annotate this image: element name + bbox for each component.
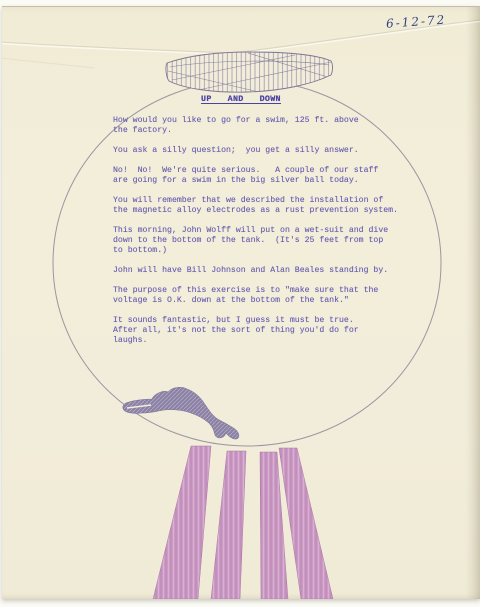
paragraph-7: The purpose of this exercise is to "make… — [113, 286, 423, 306]
document-page: 6-12-72 UP AND DOWN How would you like t… — [2, 6, 480, 599]
paragraph-3: No! No! We're quite serious. A couple of… — [113, 166, 423, 186]
tower-leg — [211, 451, 246, 599]
paragraph-1: How would you like to go for a swim, 125… — [113, 116, 423, 136]
paragraph-2: You ask a silly question; you get a sill… — [113, 146, 423, 156]
paragraph-8: It sounds fantastic, but I guess it must… — [113, 316, 423, 346]
tower-legs — [153, 446, 333, 599]
paragraph-4: You will remember that we described the … — [113, 196, 423, 216]
memo-body: How would you like to go for a swim, 125… — [113, 116, 423, 356]
page-title: UP AND DOWN — [201, 94, 281, 104]
tower-leg — [153, 446, 211, 599]
tank-cap-drum-icon — [166, 52, 333, 92]
paragraph-6: John will have Bill Johnson and Alan Bea… — [113, 266, 423, 276]
tower-leg — [279, 448, 333, 599]
diver-figure-icon — [123, 387, 239, 439]
paragraph-5: This morning, John Wolff will put on a w… — [113, 226, 423, 256]
